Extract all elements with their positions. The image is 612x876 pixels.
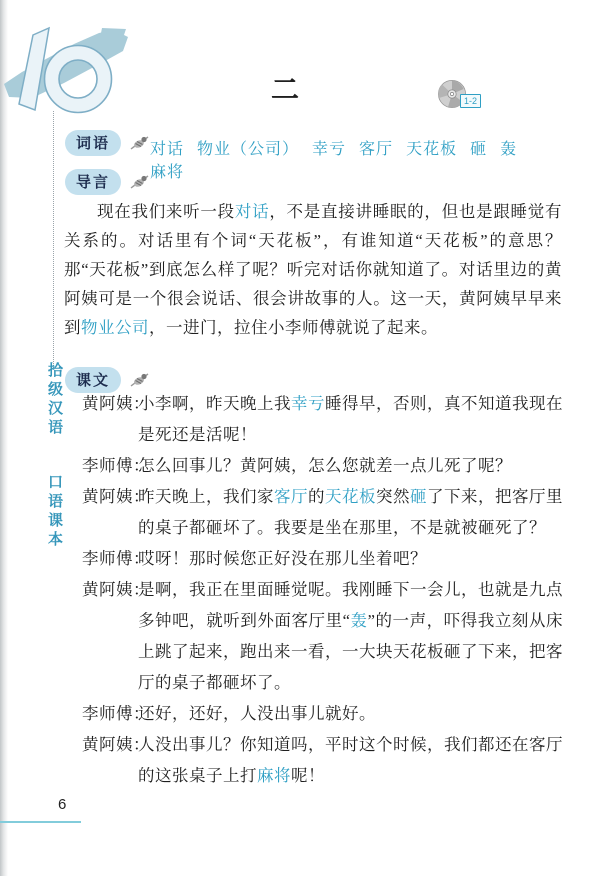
dialogue-entry: 李师傅：哎呀！那时候您正好没在那儿坐着吧？ bbox=[82, 543, 563, 574]
page-number: 6 bbox=[58, 796, 66, 813]
dotted-divider bbox=[53, 111, 54, 368]
words-badge: 词语 bbox=[65, 130, 121, 156]
speaker-label: 黄阿姨： bbox=[82, 729, 138, 760]
text-run: 现在我们来听一段 bbox=[97, 202, 235, 221]
text-run: 怎么回事儿？黄阿姨，怎么您就差一点儿死了呢？ bbox=[138, 456, 512, 475]
text-run: 人没出事儿？你知道吗，平时这个时候，我们都还在客厅的这张桌子上打 bbox=[138, 735, 563, 785]
speaker-label: 黄阿姨： bbox=[82, 481, 138, 512]
word-list: 对话物业（公司）幸亏客厅天花板砸轰麻将 bbox=[150, 136, 570, 182]
sidebar-series-title: 拾级汉语 bbox=[44, 362, 65, 438]
vocab-word: 物业（公司） bbox=[197, 141, 299, 158]
vocab-highlight: 幸亏 bbox=[291, 394, 325, 413]
page-number-rule bbox=[0, 821, 81, 823]
dialogue-text: 小李啊，昨天晚上我幸亏睡得早，否则，真不知道我现在是死还是活呢！ bbox=[138, 394, 563, 444]
vocab-highlight: 天花板 bbox=[325, 487, 376, 506]
intro-badge: 导言 bbox=[65, 169, 121, 195]
audio-cd: 1-2 bbox=[437, 79, 493, 113]
speaker-label: 李师傅： bbox=[82, 543, 138, 574]
dialogue-entry: 黄阿姨：人没出事儿？你知道吗，平时这个时候，我们都还在客厅的这张桌子上打麻将呢！ bbox=[82, 729, 563, 791]
bee-icon bbox=[129, 371, 151, 389]
dialogue-entry: 李师傅：怎么回事儿？黄阿姨，怎么您就差一点儿死了呢？ bbox=[82, 450, 563, 481]
vocab-word: 客厅 bbox=[359, 141, 393, 158]
dialogue-text: 还好，还好，人没出事儿就好。 bbox=[138, 704, 376, 723]
dialogue-entry: 黄阿姨：小李啊，昨天晚上我幸亏睡得早，否则，真不知道我现在是死还是活呢！ bbox=[82, 388, 563, 450]
vocab-highlight: 砸 bbox=[410, 487, 427, 506]
text-run: ，一进门，拉住小李师傅就说了起来。 bbox=[149, 318, 438, 337]
vocab-highlight: 物业公司 bbox=[81, 318, 149, 337]
vocab-highlight: 麻将 bbox=[257, 766, 291, 785]
bee-icon bbox=[129, 173, 151, 191]
speaker-label: 黄阿姨： bbox=[82, 388, 138, 419]
speaker-label: 李师傅： bbox=[82, 698, 138, 729]
speaker-label: 黄阿姨： bbox=[82, 574, 138, 605]
vocab-word: 幸亏 bbox=[312, 141, 346, 158]
dialogue-text: 人没出事儿？你知道吗，平时这个时候，我们都还在客厅的这张桌子上打麻将呢！ bbox=[138, 735, 563, 785]
book-page: 二 1-2 词语 对话物业（公司）幸亏客厅天花板砸轰麻将 导言 bbox=[0, 0, 612, 876]
dialogue-text: 哎呀！那时候您正好没在那儿坐着吧？ bbox=[138, 549, 427, 568]
vocab-word: 天花板 bbox=[406, 141, 457, 158]
vocab-highlight: 轰 bbox=[350, 611, 367, 630]
vocab-word: 轰 bbox=[500, 141, 517, 158]
vocab-word: 麻将 bbox=[150, 164, 184, 181]
intro-paragraph: 现在我们来听一段对话，不是直接讲睡眠的，但也是跟睡觉有关系的。对话里有个词“天花… bbox=[64, 197, 562, 342]
vocab-highlight: 客厅 bbox=[274, 487, 308, 506]
text-run: 小李啊，昨天晚上我 bbox=[138, 394, 291, 413]
text-run: 昨天晚上，我们家 bbox=[138, 487, 274, 506]
vocab-word: 对话 bbox=[150, 141, 184, 158]
dialogue-entry: 李师傅：还好，还好，人没出事儿就好。 bbox=[82, 698, 563, 729]
page-edge-shadow bbox=[0, 0, 8, 876]
vocab-highlight: 对话 bbox=[235, 202, 269, 221]
text-run: 突然 bbox=[376, 487, 410, 506]
dialogue-text: 怎么回事儿？黄阿姨，怎么您就差一点儿死了呢？ bbox=[138, 456, 512, 475]
section-words-header: 词语 bbox=[65, 130, 151, 156]
dialogue-entry: 黄阿姨：昨天晚上，我们家客厅的天花板突然砸了下来，把客厅里的桌子都砸坏了。我要是… bbox=[82, 481, 563, 543]
text-run: 还好，还好，人没出事儿就好。 bbox=[138, 704, 376, 723]
text-run: ，不是直接讲睡眠的，但也是跟睡觉有关系的。对话里有个词“天花板”，有谁知道“天花… bbox=[64, 202, 562, 337]
text-run: 呢！ bbox=[291, 766, 325, 785]
vocab-word: 砸 bbox=[470, 141, 487, 158]
speaker-label: 李师傅： bbox=[82, 450, 138, 481]
audio-track-label: 1-2 bbox=[460, 94, 481, 108]
dialogue-text: 昨天晚上，我们家客厅的天花板突然砸了下来，把客厅里的桌子都砸坏了。我要是坐在那里… bbox=[138, 487, 563, 537]
section-intro-header: 导言 bbox=[65, 169, 151, 195]
dialogue: 黄阿姨：小李啊，昨天晚上我幸亏睡得早，否则，真不知道我现在是死还是活呢！李师傅：… bbox=[82, 388, 563, 791]
dialogue-entry: 黄阿姨：是啊，我正在里面睡觉呢。我刚睡下一会儿，也就是九点多钟吧，就听到外面客厅… bbox=[82, 574, 563, 698]
text-run: 哎呀！那时候您正好没在那儿坐着吧？ bbox=[138, 549, 427, 568]
text-run: 的 bbox=[308, 487, 325, 506]
dialogue-text: 是啊，我正在里面睡觉呢。我刚睡下一会儿，也就是九点多钟吧，就听到外面客厅里“轰”… bbox=[138, 580, 563, 692]
bee-icon bbox=[129, 134, 151, 152]
sidebar-book-title: 口语课本 bbox=[44, 474, 65, 550]
